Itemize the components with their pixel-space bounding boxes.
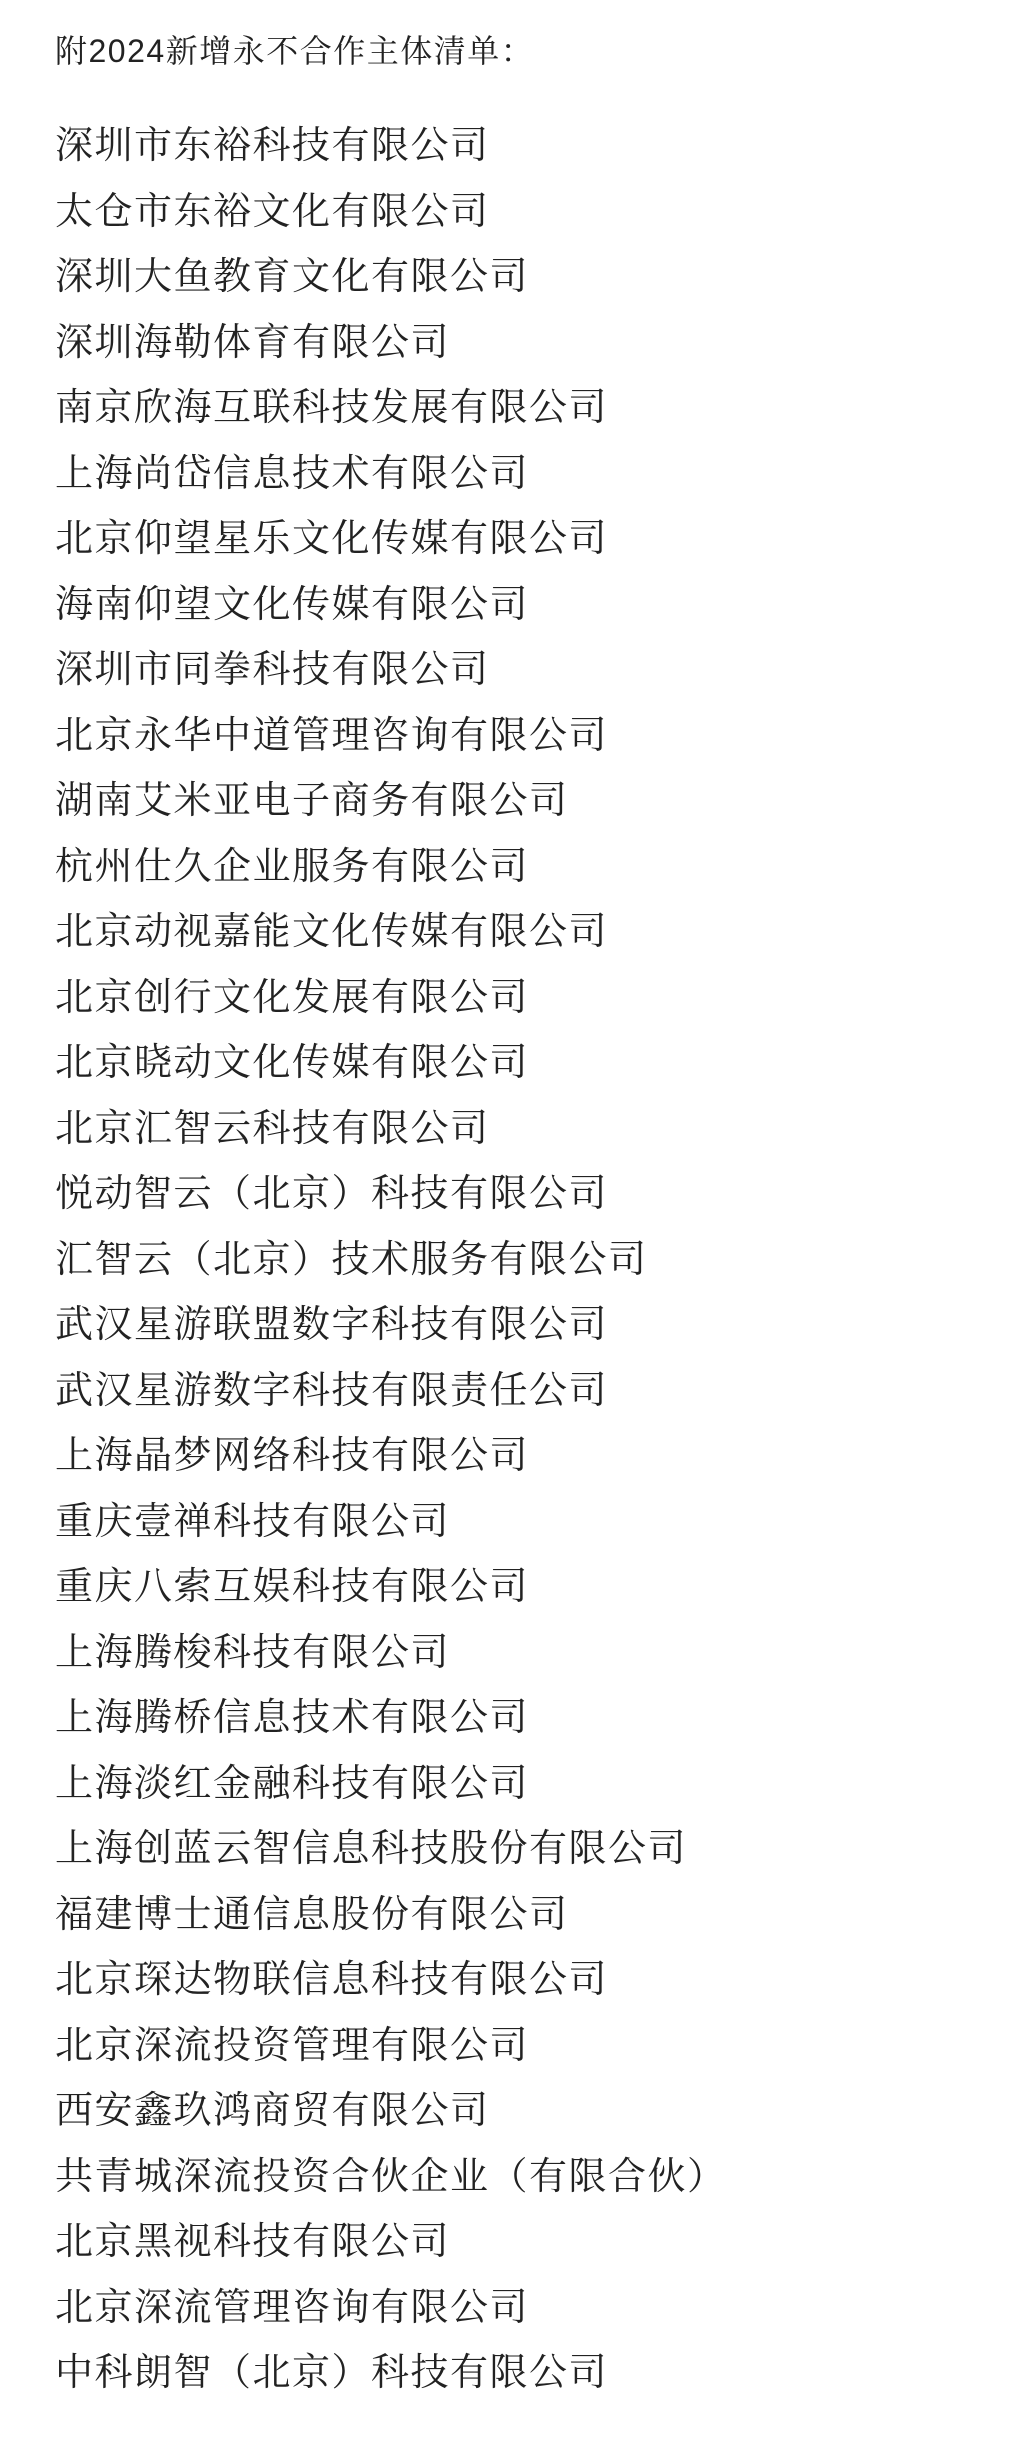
- company-list-item: 悦动智云（北京）科技有限公司: [55, 1157, 994, 1223]
- company-list-item: 北京黑视科技有限公司: [55, 2205, 994, 2271]
- company-list: 深圳市东裕科技有限公司 太仓市东裕文化有限公司 深圳大鱼教育文化有限公司 深圳海…: [55, 109, 994, 2402]
- company-list-item: 汇智云（北京）技术服务有限公司: [55, 1223, 994, 1289]
- company-list-item: 湖南艾米亚电子商务有限公司: [55, 764, 994, 830]
- company-list-item: 北京深流管理咨询有限公司: [55, 2271, 994, 2337]
- company-list-item: 北京深流投资管理有限公司: [55, 2009, 994, 2075]
- company-list-item: 上海腾桥信息技术有限公司: [55, 1681, 994, 1747]
- company-list-item: 北京动视嘉能文化传媒有限公司: [55, 895, 994, 961]
- company-list-item: 杭州仕久企业服务有限公司: [55, 830, 994, 896]
- company-list-item: 上海创蓝云智信息科技股份有限公司: [55, 1812, 994, 1878]
- company-list-item: 西安鑫玖鸿商贸有限公司: [55, 2074, 994, 2140]
- company-list-item: 深圳市东裕科技有限公司: [55, 109, 994, 175]
- company-list-item: 深圳市同拳科技有限公司: [55, 633, 994, 699]
- company-list-item: 上海腾梭科技有限公司: [55, 1616, 994, 1682]
- company-list-item: 太仓市东裕文化有限公司: [55, 175, 994, 241]
- company-list-item: 共青城深流投资合伙企业（有限合伙）: [55, 2140, 994, 2206]
- document-page: 附2024新增永不合作主体清单： 深圳市东裕科技有限公司 太仓市东裕文化有限公司…: [0, 0, 1024, 2442]
- company-list-item: 深圳海勒体育有限公司: [55, 306, 994, 372]
- company-list-item: 上海淡红金融科技有限公司: [55, 1747, 994, 1813]
- company-list-item: 北京永华中道管理咨询有限公司: [55, 699, 994, 765]
- company-list-item: 武汉星游数字科技有限责任公司: [55, 1354, 994, 1420]
- company-list-item: 重庆壹禅科技有限公司: [55, 1485, 994, 1551]
- company-list-item: 北京创行文化发展有限公司: [55, 961, 994, 1027]
- company-list-item: 北京琛达物联信息科技有限公司: [55, 1943, 994, 2009]
- company-list-item: 深圳大鱼教育文化有限公司: [55, 240, 994, 306]
- company-list-item: 上海尚岱信息技术有限公司: [55, 437, 994, 503]
- company-list-item: 海南仰望文化传媒有限公司: [55, 568, 994, 634]
- company-list-item: 北京晓动文化传媒有限公司: [55, 1026, 994, 1092]
- company-list-item: 北京汇智云科技有限公司: [55, 1092, 994, 1158]
- company-list-item: 中科朗智（北京）科技有限公司: [55, 2336, 994, 2402]
- page-title: 附2024新增永不合作主体清单：: [55, 28, 994, 74]
- company-list-item: 福建博士通信息股份有限公司: [55, 1878, 994, 1944]
- company-list-item: 上海晶梦网络科技有限公司: [55, 1419, 994, 1485]
- company-list-item: 南京欣海互联科技发展有限公司: [55, 371, 994, 437]
- company-list-item: 武汉星游联盟数字科技有限公司: [55, 1288, 994, 1354]
- company-list-item: 重庆八索互娱科技有限公司: [55, 1550, 994, 1616]
- company-list-item: 北京仰望星乐文化传媒有限公司: [55, 502, 994, 568]
